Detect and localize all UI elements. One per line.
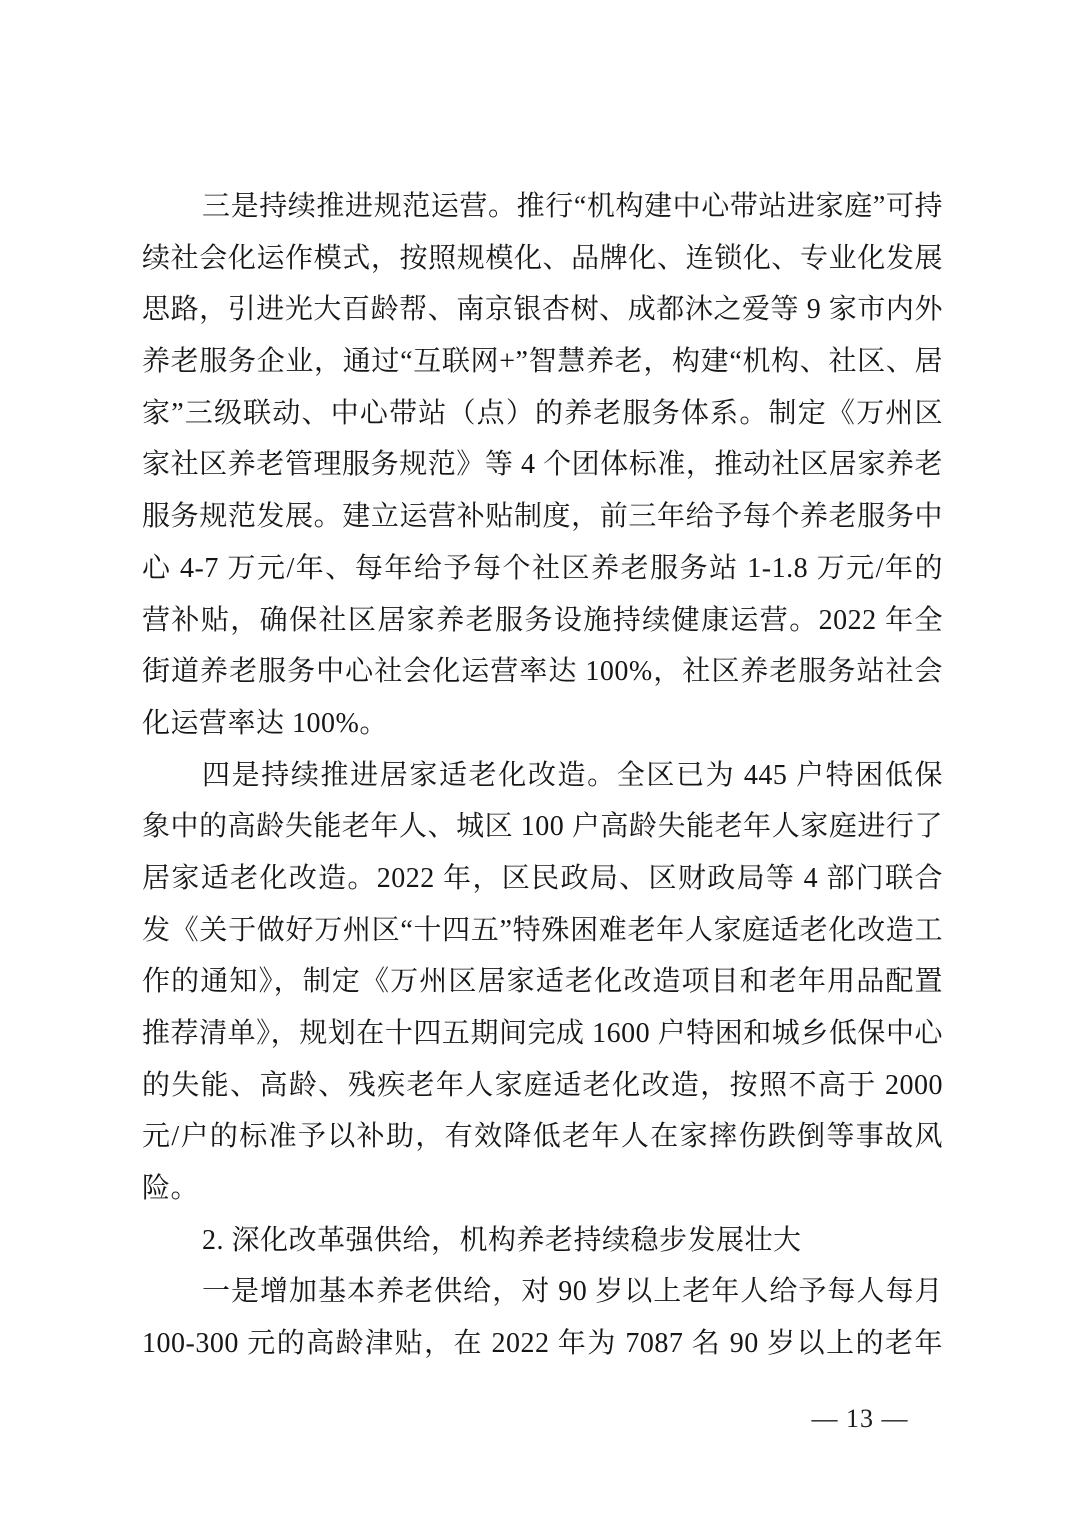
doc-line: 服务规范发展。建立运营补贴制度，前三年给予每个养老服务中 xyxy=(142,491,943,543)
doc-line: 家”三级联动、中心带站（点）的养老服务体系。制定《万州区居 xyxy=(142,388,943,440)
paragraph-3-heading: 2. 深化改革强供给，机构养老持续稳步发展壮大 xyxy=(142,1215,943,1267)
doc-line: 化运营率达 100%。 xyxy=(142,698,943,750)
document-body: 三是持续推进规范运营。推行“机构建中心带站进家庭”可持 续社会化运作模式，按照规… xyxy=(142,181,943,1370)
doc-line: 元/户的标准予以补助，有效降低老年人在家摔伤跌倒等事故风 xyxy=(142,1111,943,1163)
doc-line: 三是持续推进规范运营。推行“机构建中心带站进家庭”可持 xyxy=(142,181,943,233)
doc-line: 推荐清单》，规划在十四五期间完成 1600 户特困和城乡低保中心 xyxy=(142,1008,943,1060)
doc-line: 发《关于做好万州区“十四五”特殊困难老年人家庭适老化改造工 xyxy=(142,905,943,957)
section-heading-line: 2. 深化改革强供给，机构养老持续稳步发展壮大 xyxy=(142,1215,943,1267)
document-page: 三是持续推进规范运营。推行“机构建中心带站进家庭”可持 续社会化运作模式，按照规… xyxy=(0,0,1074,1520)
doc-line: 家社区养老管理服务规范》等 4 个团体标准，推动社区居家养老 xyxy=(142,439,943,491)
paragraph-4: 一是增加基本养老供给，对 90 岁以上老年人给予每人每月 100-300 元的高… xyxy=(142,1266,943,1369)
doc-line: 100-300 元的高龄津贴，在 2022 年为 7087 名 90 岁以上的老… xyxy=(142,1318,943,1370)
doc-line: 养老服务企业，通过“互联网+”智慧养老，构建“机构、社区、居 xyxy=(142,336,943,388)
doc-line: 心 4-7 万元/年、每年给予每个社区养老服务站 1-1.8 万元/年的运 xyxy=(142,543,943,595)
doc-line: 四是持续推进居家适老化改造。全区已为 445 户特困低保对 xyxy=(142,750,943,802)
doc-line: 的失能、高龄、残疾老年人家庭适老化改造，按照不高于 2000 xyxy=(142,1060,943,1112)
doc-line: 一是增加基本养老供给，对 90 岁以上老年人给予每人每月 xyxy=(142,1266,943,1318)
doc-line: 作的通知》，制定《万州区居家适老化改造项目和老年用品配置 xyxy=(142,956,943,1008)
doc-line: 续社会化运作模式，按照规模化、品牌化、连锁化、专业化发展 xyxy=(142,233,943,285)
page-number: — 13 — xyxy=(770,1402,950,1436)
doc-line: 象中的高龄失能老年人、城区 100 户高龄失能老年人家庭进行了 xyxy=(142,801,943,853)
paragraph-1: 三是持续推进规范运营。推行“机构建中心带站进家庭”可持 续社会化运作模式，按照规… xyxy=(142,181,943,750)
doc-line: 居家适老化改造。2022 年，区民政局、区财政局等 4 部门联合印 xyxy=(142,853,943,905)
doc-line: 思路，引进光大百龄帮、南京银杏树、成都沐之爱等 9 家市内外 xyxy=(142,284,943,336)
paragraph-2: 四是持续推进居家适老化改造。全区已为 445 户特困低保对 象中的高龄失能老年人… xyxy=(142,750,943,1215)
doc-line: 营补贴，确保社区居家养老服务设施持续健康运营。2022 年全区 xyxy=(142,595,943,647)
doc-line: 街道养老服务中心社会化运营率达 100%，社区养老服务站社会 xyxy=(142,646,943,698)
doc-line: 险。 xyxy=(142,1163,943,1215)
